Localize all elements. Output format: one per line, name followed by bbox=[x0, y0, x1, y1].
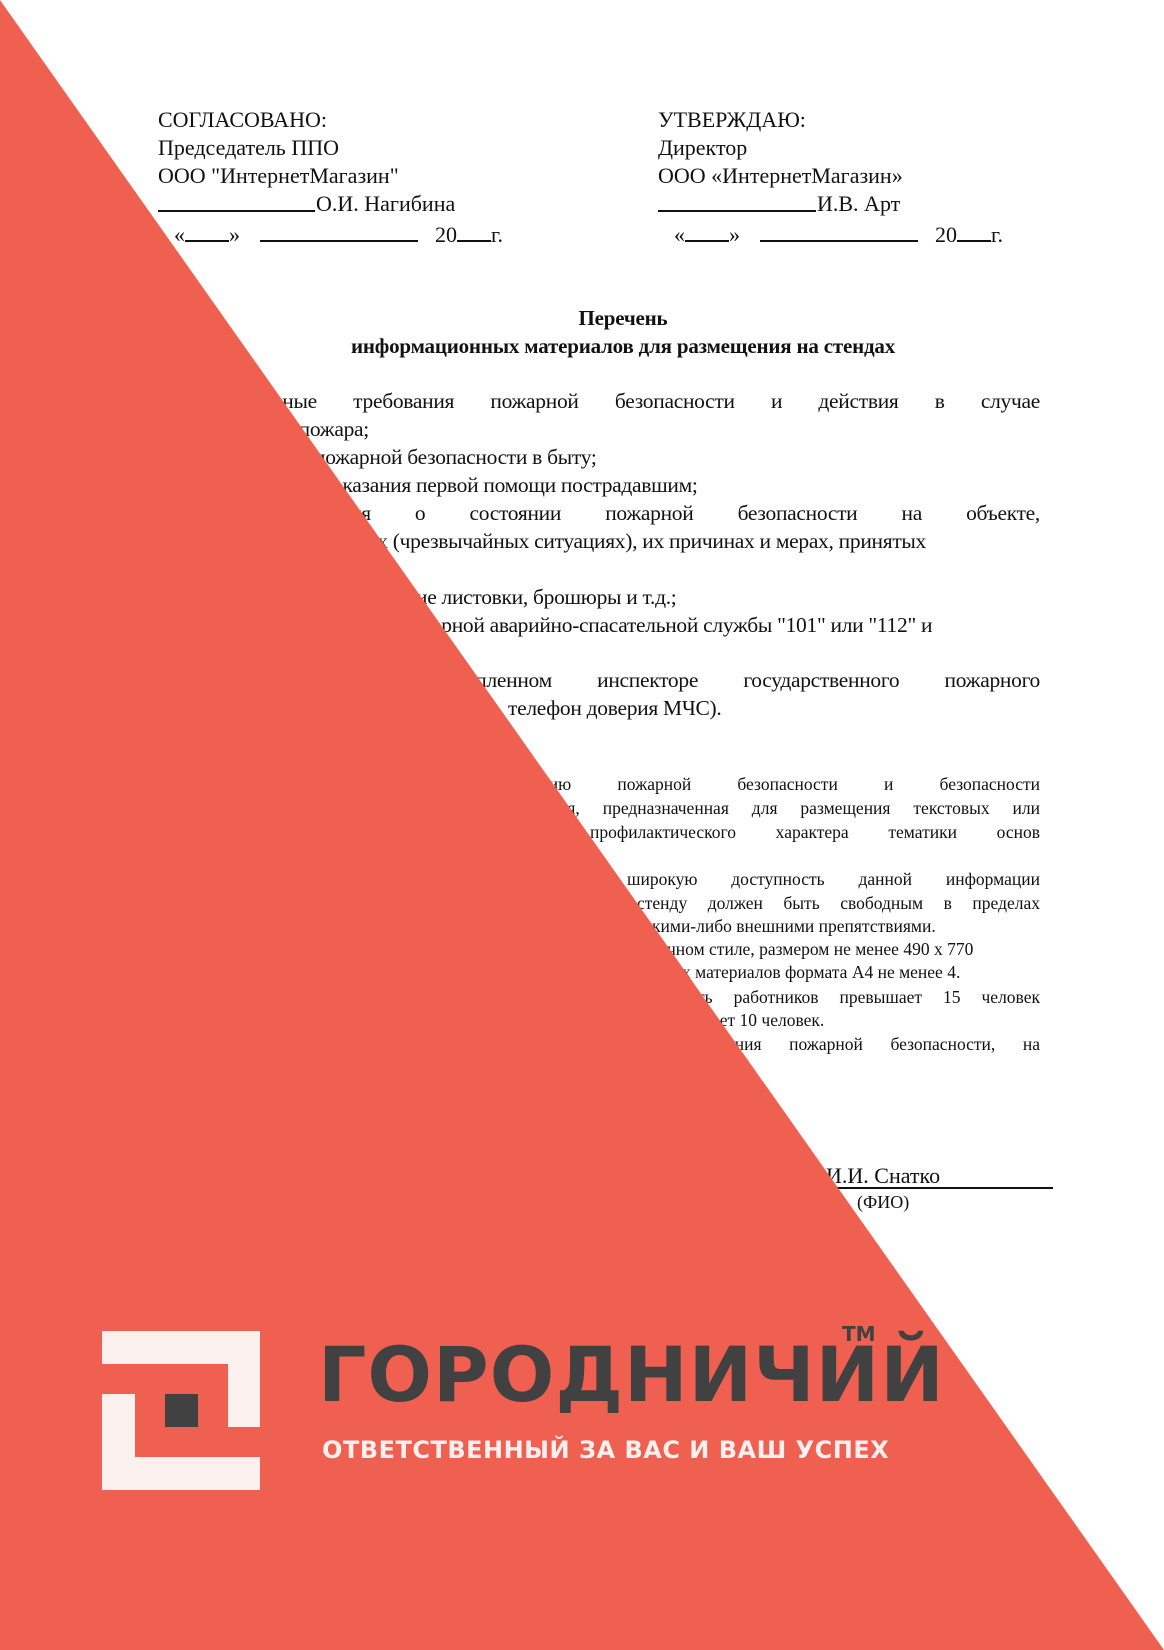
date-close-quote: » bbox=[729, 222, 740, 247]
approval-left-signatory: О.И. Нагибина bbox=[316, 190, 455, 218]
responsible-caption: (ФИО) bbox=[857, 1192, 909, 1213]
approval-left-heading: СОГЛАСОВАНО: bbox=[158, 106, 327, 134]
approval-left-organization: ООО "ИнтернетМагазин" bbox=[158, 162, 399, 190]
list-line: арной аварийно-спасательной службы "101"… bbox=[432, 611, 932, 639]
date-year-suffix: г. bbox=[491, 222, 503, 247]
responsible-signature-line bbox=[826, 1187, 1053, 1189]
note-line: широкую доступность данной информации bbox=[627, 867, 1040, 891]
note-line: стенду должен быть свободным в пределах bbox=[637, 891, 1040, 915]
date-year-prefix: 20 bbox=[435, 222, 457, 247]
approval-right-date: «» 20г. bbox=[674, 220, 1003, 248]
list-line: ие листовки, брошюры и т.д.; bbox=[416, 583, 676, 611]
list-line: ия о состоянии пожарной безопасности на … bbox=[350, 499, 1040, 527]
list-line: телефон доверия МЧС). bbox=[508, 694, 721, 722]
date-month-blank bbox=[760, 220, 918, 242]
approval-right-position: Директор bbox=[658, 134, 747, 162]
date-month-blank bbox=[260, 220, 418, 242]
approval-left-position: Председатель ППО bbox=[158, 134, 339, 162]
list-line: овные требования пожарной безопасности и… bbox=[262, 387, 1040, 415]
list-line: я пожара; bbox=[284, 415, 369, 443]
approval-right-heading: УТВЕРЖДАЮ: bbox=[658, 106, 806, 134]
document-title-line1: Перечень bbox=[0, 306, 1164, 331]
square-spiral-logo-icon bbox=[100, 1330, 260, 1490]
note-line: ает 10 человек. bbox=[712, 1008, 824, 1032]
date-open-quote: « bbox=[174, 222, 185, 247]
note-line: ения пожарной безопасности, на bbox=[727, 1032, 1040, 1056]
note-line: х материалов формата А4 не менее 4. bbox=[682, 960, 960, 984]
brand-slogan: ОТВЕТСТВЕННЫЙ ЗА ВАС И ВАШ УСПЕХ bbox=[322, 1436, 889, 1464]
note-line: чном стиле, размером не менее 490 x 770 bbox=[667, 937, 973, 961]
note-line: чию пожарной безопасности и безопасности bbox=[540, 772, 1040, 796]
date-year-blank bbox=[957, 220, 991, 242]
list-line: пожарной безопасности в быту; bbox=[314, 443, 597, 471]
list-line: оказания первой помощи пострадавшим; bbox=[332, 471, 698, 499]
list-line: ах (чрезвычайных ситуациях), их причинах… bbox=[368, 527, 926, 555]
approval-left-signature-line bbox=[158, 210, 315, 212]
document-title-line2: информационных материалов для размещения… bbox=[0, 334, 1164, 359]
date-day-blank bbox=[685, 220, 729, 242]
approval-right-signature-line bbox=[658, 210, 816, 212]
note-line: ия, предназначенная для размещения текст… bbox=[558, 796, 1040, 820]
date-year-blank bbox=[457, 220, 491, 242]
date-year-suffix: г. bbox=[991, 222, 1003, 247]
approval-right-organization: ООО «ИнтернетМагазин» bbox=[658, 162, 903, 190]
date-open-quote: « bbox=[674, 222, 685, 247]
list-line: епленном инспекторе государственного пож… bbox=[466, 666, 1040, 694]
note-line: кими-либо внешними препятствиями. bbox=[652, 914, 936, 938]
note-line: ть работников превышает 15 человек bbox=[697, 985, 1040, 1009]
responsible-name: И.И. Снатко bbox=[826, 1162, 940, 1190]
note-line: профилактического характера тематики осн… bbox=[590, 820, 1040, 844]
brand-trademark: TM bbox=[842, 1322, 876, 1346]
approval-left-date: «» 20г. bbox=[174, 220, 503, 248]
date-close-quote: » bbox=[229, 222, 240, 247]
date-year-prefix: 20 bbox=[935, 222, 957, 247]
approval-right-signatory: И.В. Арт bbox=[817, 190, 900, 218]
date-day-blank bbox=[185, 220, 229, 242]
